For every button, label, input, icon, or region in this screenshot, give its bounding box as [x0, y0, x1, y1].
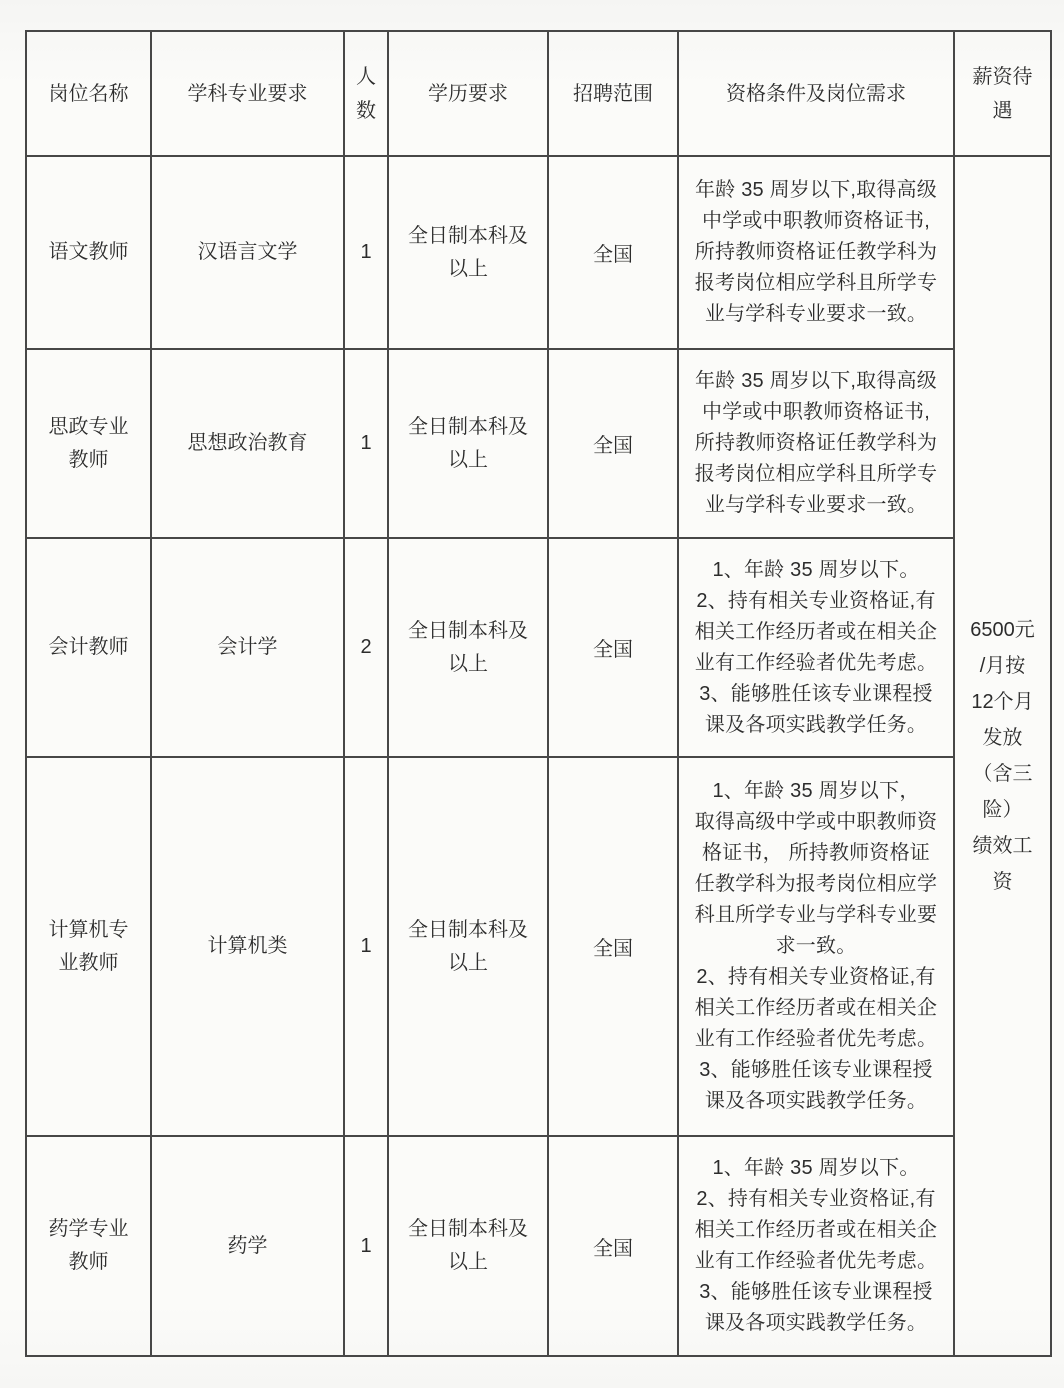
cell-count: 1 [344, 757, 388, 1136]
cell-requirements: 1、年龄 35 周岁以下， 取得高级中学或中职教师资格证书， 所持教师资格证任教… [678, 757, 954, 1136]
table-row-chinese-teacher: 语文教师 汉语言文学 1 全日制本科及以上 全国 年龄 35 周岁以下,取得高级… [26, 156, 1051, 349]
header-cell-scope: 招聘范围 [548, 31, 678, 156]
cell-major: 会计学 [151, 538, 344, 757]
table-row-politics-teacher: 思政专业教师 思想政治教育 1 全日制本科及以上 全国 年龄 35 周岁以下,取… [26, 349, 1051, 538]
cell-major: 药学 [151, 1136, 344, 1356]
cell-education: 全日制本科及以上 [388, 349, 548, 538]
cell-requirements: 1、年龄 35 周岁以下。 2、持有相关专业资格证,有相关工作经历者或在相关企业… [678, 538, 954, 757]
header-cell-count: 人数 [344, 31, 388, 156]
header-cell-requirements: 资格条件及岗位需求 [678, 31, 954, 156]
cell-education: 全日制本科及以上 [388, 1136, 548, 1356]
salary-merged-cell: 6500元 /月按 12个月 发放 （含三 险） 绩效工 资 [954, 156, 1051, 1356]
cell-requirements: 1、年龄 35 周岁以下。 2、持有相关专业资格证,有相关工作经历者或在相关企业… [678, 1136, 954, 1356]
page-background: 岗位名称 学科专业要求 人数 学历要求 招聘范围 资格条件及岗位需求 薪资待遇 … [0, 0, 1064, 1388]
cell-count: 2 [344, 538, 388, 757]
table-row-accounting-teacher: 会计教师 会计学 2 全日制本科及以上 全国 1、年龄 35 周岁以下。 2、持… [26, 538, 1051, 757]
header-row: 岗位名称 学科专业要求 人数 学历要求 招聘范围 资格条件及岗位需求 薪资待遇 [26, 31, 1051, 156]
cell-position: 语文教师 [26, 156, 151, 349]
cell-major: 计算机类 [151, 757, 344, 1136]
cell-scope: 全国 [548, 1136, 678, 1356]
header-cell-major: 学科专业要求 [151, 31, 344, 156]
cell-education: 全日制本科及以上 [388, 538, 548, 757]
cell-requirements: 年龄 35 周岁以下,取得高级中学或中职教师资格证书,所持教师资格证任教学科为报… [678, 156, 954, 349]
header-cell-salary: 薪资待遇 [954, 31, 1051, 156]
cell-position: 会计教师 [26, 538, 151, 757]
recruitment-table: 岗位名称 学科专业要求 人数 学历要求 招聘范围 资格条件及岗位需求 薪资待遇 … [25, 30, 1052, 1357]
cell-scope: 全国 [548, 757, 678, 1136]
header-cell-position: 岗位名称 [26, 31, 151, 156]
cell-education: 全日制本科及以上 [388, 757, 548, 1136]
cell-position: 计算机专业教师 [26, 757, 151, 1136]
cell-scope: 全国 [548, 349, 678, 538]
cell-scope: 全国 [548, 156, 678, 349]
table-row-pharmacy-teacher: 药学专业教师 药学 1 全日制本科及以上 全国 1、年龄 35 周岁以下。 2、… [26, 1136, 1051, 1356]
cell-count: 1 [344, 1136, 388, 1356]
cell-scope: 全国 [548, 538, 678, 757]
cell-position: 思政专业教师 [26, 349, 151, 538]
cell-count: 1 [344, 349, 388, 538]
cell-major: 汉语言文学 [151, 156, 344, 349]
cell-position: 药学专业教师 [26, 1136, 151, 1356]
cell-requirements: 年龄 35 周岁以下,取得高级中学或中职教师资格证书,所持教师资格证任教学科为报… [678, 349, 954, 538]
cell-count: 1 [344, 156, 388, 349]
cell-major: 思想政治教育 [151, 349, 344, 538]
table-row-computer-teacher: 计算机专业教师 计算机类 1 全日制本科及以上 全国 1、年龄 35 周岁以下，… [26, 757, 1051, 1136]
cell-education: 全日制本科及以上 [388, 156, 548, 349]
header-cell-education: 学历要求 [388, 31, 548, 156]
